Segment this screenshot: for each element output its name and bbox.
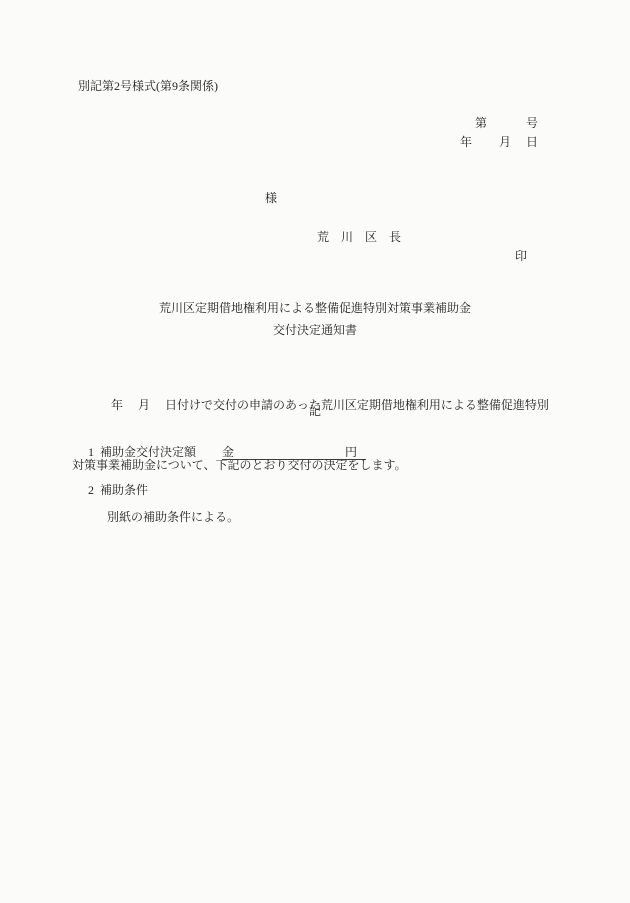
recipient-honorific: 様	[265, 192, 277, 204]
item-grant-amount: 1 補助金交付決定額 金 円	[88, 446, 366, 460]
item-conditions-detail: 別紙の補助条件による。	[107, 511, 239, 523]
list-heading: 記	[0, 405, 630, 417]
sender-name: 荒 川 区 長	[317, 231, 401, 243]
item-label: 補助条件	[100, 484, 148, 496]
item-conditions: 2 補助条件	[88, 484, 148, 496]
document-page: 別記第2号様式(第9条関係) 第 号 年 月 日 様 荒 川 区 長 印 荒川区…	[0, 0, 630, 903]
item-number: 1	[88, 446, 100, 458]
amount-blank-field: 金 円	[222, 446, 366, 460]
form-number: 別記第2号様式(第9条関係)	[78, 80, 218, 92]
item-label: 補助金交付決定額	[100, 446, 196, 458]
document-title-line1: 荒川区定期借地権利用による整備促進特別対策事業補助金	[0, 302, 630, 314]
amount-prefix: 金	[222, 446, 234, 458]
amount-suffix: 円	[345, 446, 357, 458]
document-number-line: 第 号	[475, 117, 538, 129]
document-title-line2: 交付決定通知書	[0, 324, 630, 336]
seal-mark: 印	[515, 250, 527, 262]
item-number: 2	[88, 484, 100, 496]
date-line: 年 月 日	[460, 136, 538, 148]
